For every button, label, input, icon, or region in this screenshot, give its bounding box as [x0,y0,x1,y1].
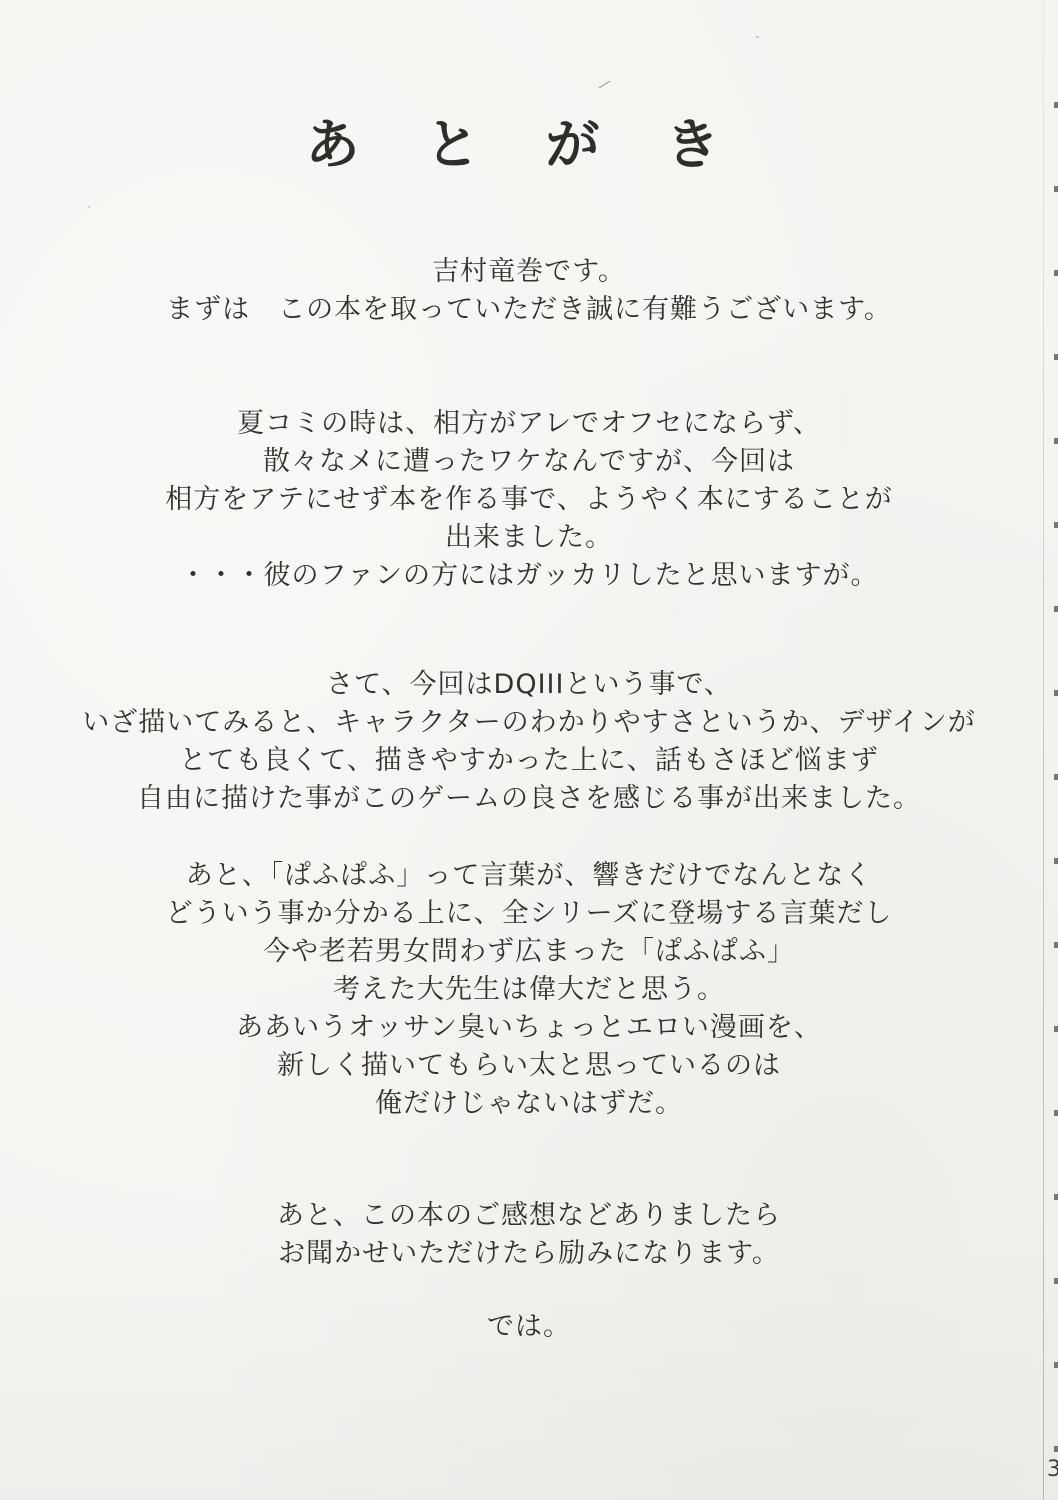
text-line: では。 [0,1308,1058,1346]
text-line: 考えた大先生は偉大だと思う。 [0,971,1058,1009]
afterword-title: あとがき [0,102,1058,179]
text-line: どういう事か分かる上に、全シリーズに登場する言葉だし [0,895,1058,933]
page-number: 3 [1047,1457,1058,1482]
text-line: 俺だけじゃないはずだ。 [0,1085,1058,1123]
text-line: さて、今回はDQIIIという事で、 [0,666,1058,704]
text-line: 今や老若男女問わず広まった「ぱふぱふ」 [0,933,1058,971]
text-line: ・・・彼のファンの方にはガッカリしたと思いますが。 [0,557,1058,595]
page-crease-line [1043,0,1044,1500]
text-line: 自由に描けた事がこのゲームの良さを感じる事が出来ました。 [0,780,1058,818]
paragraph-feedback: あと、この本のご感想などありましたら お聞かせいただけたら励みになります。 [0,1197,1058,1273]
text-line: 新しく描いてもらい太と思っているのは [0,1047,1058,1085]
text-line: 吉村竜巻です。 [0,253,1058,291]
scan-scratch [599,81,611,89]
text-line: あと、「ぱふぱふ」って言葉が、響きだけでなんとなく [0,857,1058,895]
scanned-afterword-page: { "page": { "title": "あとがき", "page_numbe… [0,0,1058,1500]
text-line: 散々なメに遭ったワケなんですが、今回は [0,443,1058,481]
paragraph-natsucomi: 夏コミの時は、相方がアレでオフセにならず、 散々なメに遭ったワケなんですが、今回… [0,405,1058,595]
paragraph-dq3: さて、今回はDQIIIという事で、 いざ描いてみると、キャラクターのわかりやすさ… [0,666,1058,818]
scan-speck [88,206,90,208]
scan-speck [756,36,759,38]
paragraph-greeting: 吉村竜巻です。 まずは この本を取っていただき誠に有難うございます。 [0,253,1058,329]
text-line: ああいうオッサン臭いちょっとエロい漫画を、 [0,1009,1058,1047]
text-line: 夏コミの時は、相方がアレでオフセにならず、 [0,405,1058,443]
text-line: いざ描いてみると、キャラクターのわかりやすさというか、デザインが [0,704,1058,742]
text-line: お聞かせいただけたら励みになります。 [0,1235,1058,1273]
text-line: 相方をアテにせず本を作る事で、ようやく本にすることが [0,481,1058,519]
binding-edge-marks [1054,24,1058,1500]
text-line: 出来ました。 [0,519,1058,557]
text-line: あと、この本のご感想などありましたら [0,1197,1058,1235]
paragraph-pafupafu: あと、「ぱふぱふ」って言葉が、響きだけでなんとなく どういう事か分かる上に、全シ… [0,857,1058,1123]
text-line: まずは この本を取っていただき誠に有難うございます。 [0,291,1058,329]
text-line: とても良くて、描きやすかった上に、話もさほど悩まず [0,742,1058,780]
paragraph-closing: では。 [0,1308,1058,1346]
